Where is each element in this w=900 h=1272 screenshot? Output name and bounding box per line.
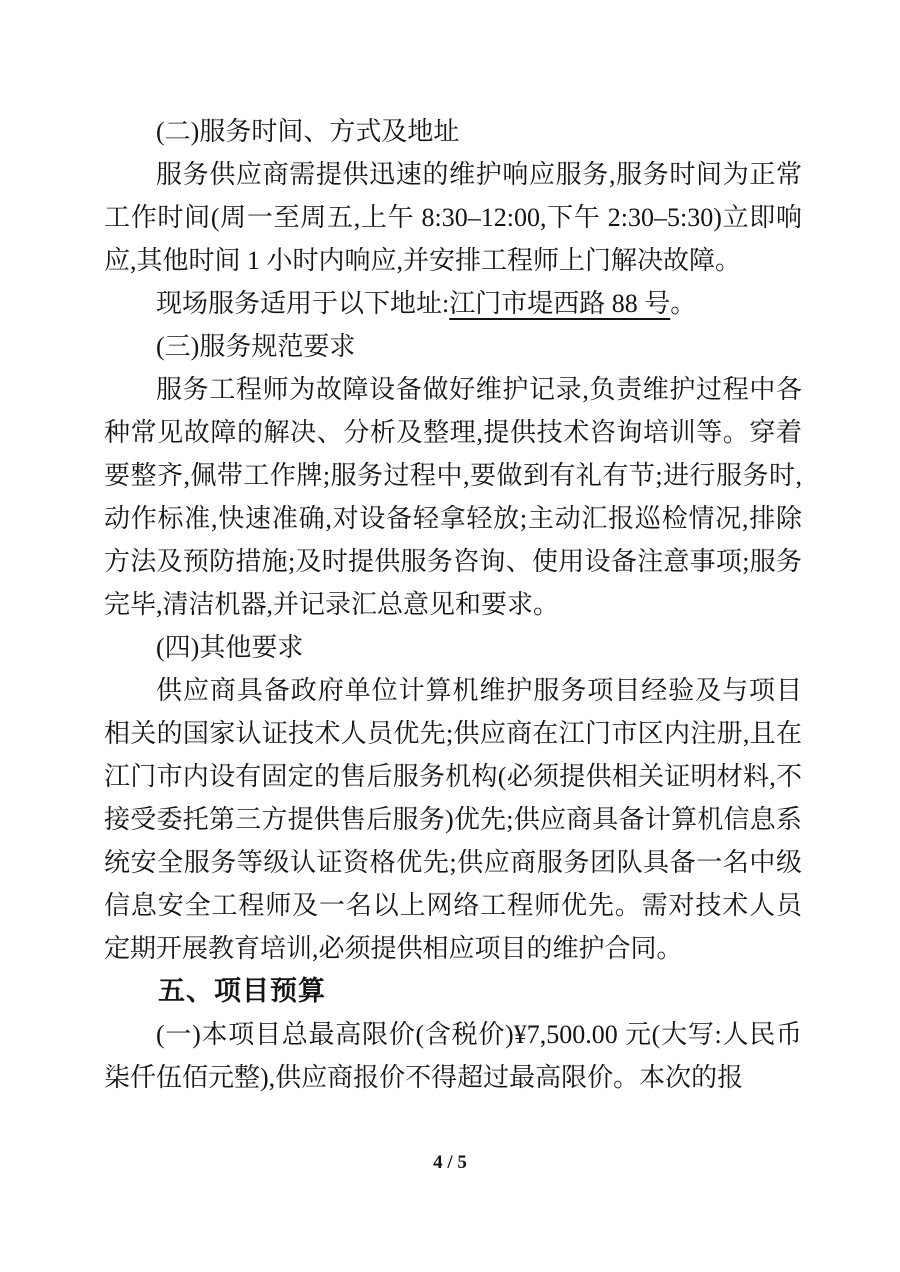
document-body: (二)服务时间、方式及地址 服务供应商需提供迅速的维护响应服务,服务时间为正常工…	[104, 110, 802, 1099]
address-underlined: 江门市堤西路 88 号	[449, 289, 670, 318]
page-number: 4 / 5	[433, 1152, 467, 1173]
section-heading-service-standards: (三)服务规范要求	[104, 325, 802, 368]
section-heading-project-budget: 五、项目预算	[104, 970, 802, 1013]
section-heading-service-time: (二)服务时间、方式及地址	[104, 110, 802, 153]
document-page: (二)服务时间、方式及地址 服务供应商需提供迅速的维护响应服务,服务时间为正常工…	[0, 0, 900, 1272]
paragraph-service-standards: 服务工程师为故障设备做好维护记录,负责维护过程中各种常见故障的解决、分析及整理,…	[104, 368, 802, 626]
paragraph-service-response: 服务供应商需提供迅速的维护响应服务,服务时间为正常工作时间(周一至周五,上午 8…	[104, 153, 802, 282]
address-prefix: 现场服务适用于以下地址:	[156, 289, 449, 318]
paragraph-other-requirements: 供应商具备政府单位计算机维护服务项目经验及与项目相关的国家认证技术人员优先;供应…	[104, 669, 802, 970]
address-suffix: 。	[670, 289, 696, 318]
paragraph-service-address: 现场服务适用于以下地址:江门市堤西路 88 号。	[104, 282, 802, 325]
page-footer: 4 / 5	[0, 1152, 900, 1174]
paragraph-budget-limit: (一)本项目总最高限价(含税价)¥7,500.00 元(大写:人民币柒仟伍佰元整…	[104, 1013, 802, 1099]
section-heading-other-requirements: (四)其他要求	[104, 626, 802, 669]
